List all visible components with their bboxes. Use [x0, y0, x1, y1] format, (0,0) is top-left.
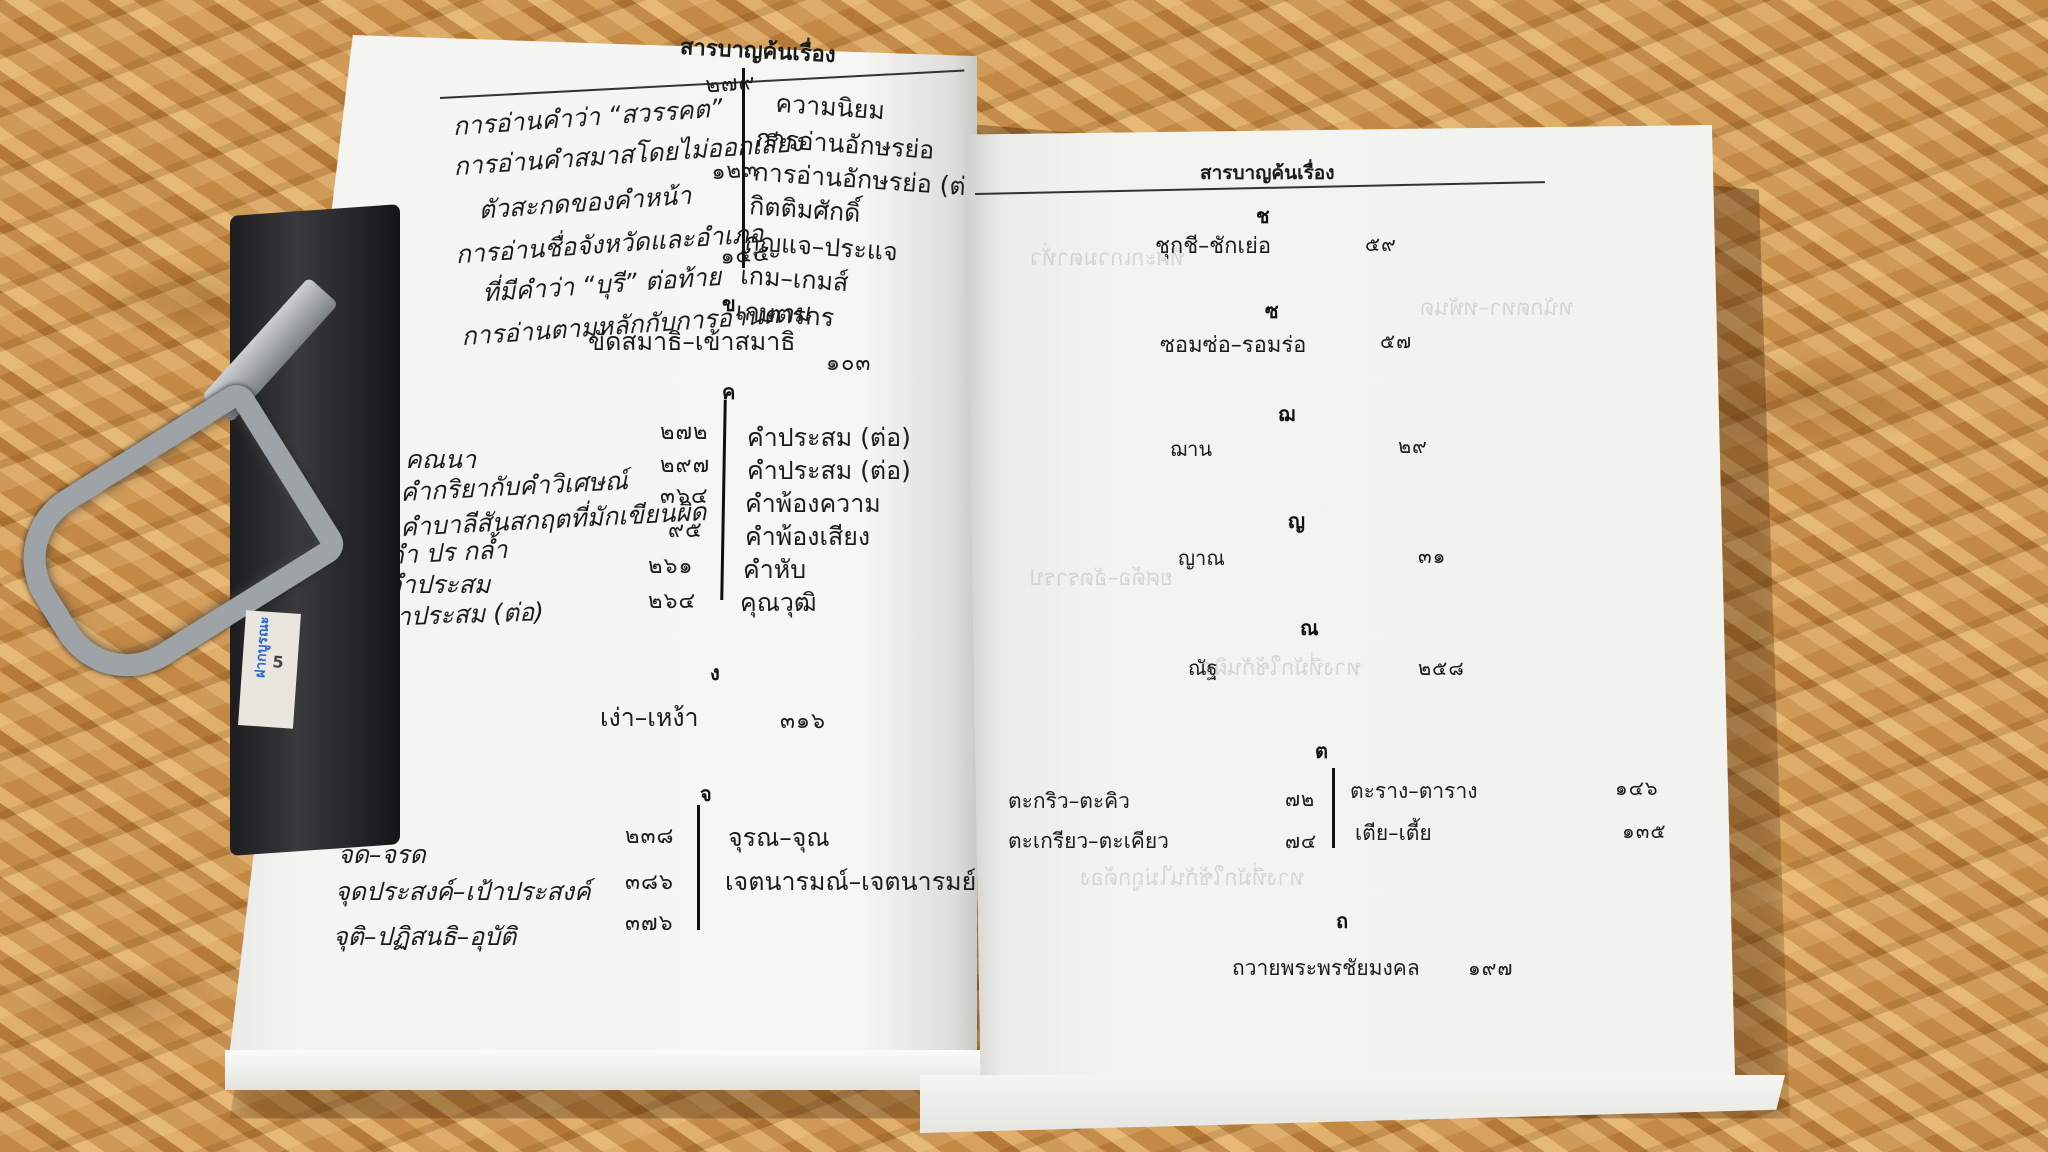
page-number: ๓๑๖	[780, 703, 826, 738]
page-number: ๓๑	[1418, 540, 1446, 572]
page-number: ๑๒๓	[710, 151, 759, 189]
binder-clip-label: ฝากบูรณะ 5	[238, 610, 301, 729]
section-letter-do-chada: ณ	[1300, 612, 1319, 644]
page-number: ๒๓๘	[625, 818, 675, 853]
page-number: ๕๗	[1380, 325, 1412, 357]
index-entry: คำประสม (ต่อ)	[379, 592, 544, 638]
page-number: ๒๗๙	[704, 64, 756, 102]
bleed-through-text: ทางที่มักใช้กันไม่ถูกต้อง	[1080, 860, 1304, 895]
index-entry: ณัฐ	[1188, 652, 1218, 684]
index-entry: ถวายพระพรชัยมงคล	[1232, 952, 1420, 985]
index-entry: จุดประสงค์–เป้าประสงค์	[335, 872, 591, 912]
section-letter-cho: จ	[700, 778, 712, 810]
page-number: ๒๖๔	[648, 583, 696, 618]
index-entry: เตีย–เตี้ย	[1355, 817, 1432, 850]
index-entry: จุติ–ปฏิสนธิ–อุบัติ	[333, 917, 516, 957]
left-page-edge	[225, 1050, 985, 1090]
page-number: ๒๖๑	[648, 548, 693, 583]
page-number: ๑๙๗	[1468, 952, 1513, 984]
page-number: ๓๗๖	[625, 905, 674, 940]
page-number: ๒๙	[1398, 430, 1428, 462]
section-letter-ngo: ง	[710, 657, 720, 689]
bleed-through-text: ทางที่มักใช้กันผิด	[1200, 650, 1361, 685]
index-entry: ตะราง–ตาราง	[1350, 775, 1478, 808]
page-number: ๗๔	[1285, 825, 1317, 857]
section-letter-cho-choe: ฌ	[1278, 398, 1295, 430]
index-entry: ตะเกรียว–ตะเคียว	[1008, 825, 1169, 858]
page-number: ๑๓๕	[1622, 815, 1667, 847]
page-number: ๑๔๖	[1615, 772, 1659, 804]
bleed-through-text: ทนักตทา–ทพันด	[1420, 290, 1573, 325]
index-entry: ญาณ	[1178, 542, 1225, 574]
index-entry: ตะกริว–ตะคิว	[1008, 785, 1130, 818]
top-left-column: การอ่านคำว่า “สวรรคต” ๒๗๙ การอ่านคำสมาสโ…	[440, 67, 755, 307]
page-number: ๒๙๗	[660, 447, 710, 482]
page-number: ๓๖๔	[660, 478, 709, 513]
page-number: ๒๕๘	[1418, 652, 1465, 684]
section-letter-tho-thung: ถ	[1336, 905, 1348, 937]
page-number: ๑๐๓	[826, 345, 871, 380]
page-number: ๒๗๒	[660, 414, 709, 449]
index-entry: ชุกชี–ชักเย่อ	[1155, 228, 1271, 263]
section-letter-to-tao: ต	[1315, 735, 1328, 767]
section-letter-kho: ข	[722, 288, 736, 320]
index-entry: จุรณ–จุณ	[728, 818, 830, 858]
index-entry: ฌาน	[1170, 433, 1212, 465]
index-entry: ขัดสมาธิ–เข้าสมาธิ	[588, 322, 796, 362]
section-letter-yo-ying: ญ	[1288, 505, 1305, 537]
index-entry: เง่า–เหง้า	[600, 698, 699, 738]
column-divider	[1332, 768, 1335, 848]
index-entry: คุณวุฒิ	[740, 583, 817, 623]
page-number: ๕๙	[1365, 228, 1397, 260]
page-number: ๗๒	[1285, 783, 1315, 815]
index-entry: ซอมซ่อ–รอมร่อ	[1160, 327, 1306, 362]
bleed-through-text: ยศด้อ–อัตรารป	[1030, 560, 1173, 595]
page-number: ๓๘๖	[625, 864, 674, 899]
page-number: ๙๕	[668, 512, 703, 547]
column-divider	[697, 805, 700, 930]
section-letter-so-so: ซ	[1265, 295, 1279, 327]
right-page-header: สารบาญค้นเรื่อง	[1200, 158, 1334, 188]
index-entry: เจตนารมณ์–เจตนารมย์	[725, 862, 976, 902]
label-number: 5	[272, 652, 284, 672]
